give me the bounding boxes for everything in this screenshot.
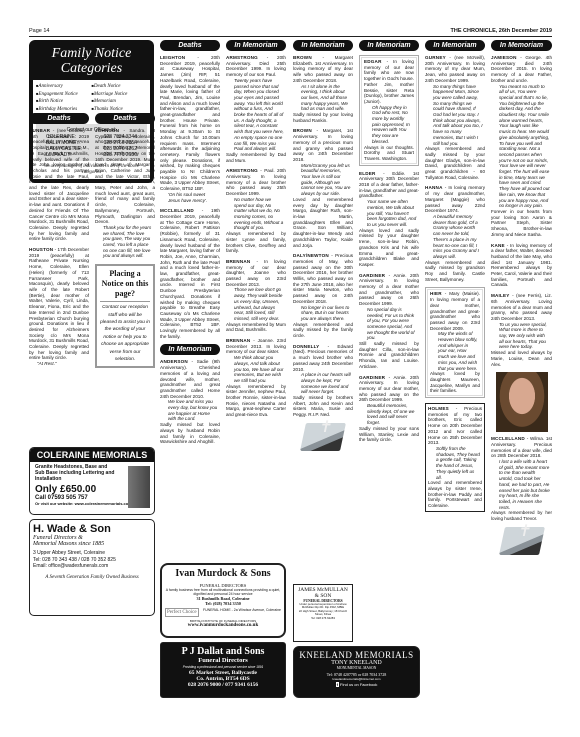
section-header: In Memoriam [293,40,353,51]
column-8: In Memoriam JAMIESON - George. 4th Anniv… [491,40,552,559]
bible-icon [499,527,545,555]
notice-holmes: HOLMES - Precious memories of my two bro… [425,403,485,512]
bible-icon [300,423,346,451]
category-item: Memoriam [92,98,148,106]
dallat-ad: P J Dallat and Sons Funeral Directors Pr… [160,642,286,698]
page-header: Page 14 THE CHRONICLE, 26th December 201… [29,28,552,37]
murdock-ad: Ivan Murdock & Sons FUNERAL DIRECTORS A … [160,563,286,638]
notice-edgar: EDGAR - In loving memory of our dear fam… [359,55,419,166]
notice-brown-2: BROWN - Margaret, 1st Anniversary. In lo… [293,128,353,248]
coleraine-memorials-ad: COLERAINE MEMORIALS Granite Headstones, … [29,447,155,515]
column-5: In Memoriam BROWN - Margaret Elizabeth. … [293,40,353,455]
notice-daly-newton: DALY/NEWTON - Precious memories of May, … [293,253,353,339]
column-3: Deaths LEIGHTON - 20th December 2019, pe… [160,40,220,450]
notice-mcclelland-death: MCCLELLAND - 19th December 2019, peacefu… [160,208,220,339]
headstone-image [128,466,150,508]
notice-houston: HOUSTON - 17th December 2019 (peacefully… [29,247,89,367]
facebook-link[interactable]: f Find us on Facebook [297,682,416,687]
category-item: Anniversary [36,83,92,91]
notice-leighton: LEIGHTON - 20th December 2019, peacefull… [160,55,220,203]
notice-armstrong-1: ARMSTRONG - 20th Anniversary. Died 25th … [226,55,286,163]
notice-gardiner-2: GARDINER - Annie. 20th Anniversary. In l… [359,375,419,443]
notice-donnelly: DONNELLY - Edward (Ned). Precious memori… [293,344,353,418]
section-header: Deaths [95,113,155,124]
column-6: In Memoriam EDGAR - In loving memory of … [359,40,419,448]
column-4: In Memoriam ARMSTRONG - 20th Anniversary… [226,40,286,423]
notice-elder: ELDER - Eddie. 1st Anniversary 30th Dece… [359,171,419,268]
notice-brennan-1: BRENNAN - In loving memory of our dear d… [226,259,286,333]
notice-jamieson: JAMIESON - George. 4th Anniversary died … [491,55,552,238]
deaths-column-1: Deaths DUNBAR - (nee Dobbin) - 15th Dece… [29,113,89,372]
category-item: Engagement Notice [36,91,92,99]
wade-email-link[interactable]: Email: office@wadesfunerals.com [33,563,151,570]
placing-notice-box: Placing a Notice on this page? Contact o… [95,264,155,368]
page-number: Page 14 [29,28,50,34]
notice-mailey: MAILEY - (nee Ferris), Liz. 6th Annivers… [491,293,552,367]
facebook-icon: f [336,682,339,687]
section-header: In Memoriam [491,40,552,51]
kneeland-ad: KNEELAND MEMORIALS TONY KNEELAND MONUMEN… [293,646,420,698]
notice-armstrong-2: ARMSTRONG - Paul. 20th Anniversary. In l… [226,168,286,254]
notice-hier: HIER - Mary (Maisie). In loving memory o… [425,287,485,398]
notice-gurney: GURNEY - (nee McNeill), 20th Anniversary… [425,55,485,180]
category-item: Marriage Notice [92,91,148,99]
murdock-website-link[interactable]: www.ivanmurdockandsons.co.uk [165,623,281,628]
notice-mcclelland-memoriam: MCCLELLAND - Wilma. 1st Anniversary. Pre… [491,436,552,522]
section-header: In Memoriam [226,40,286,51]
section-header: In Memoriam [425,40,485,51]
notice-hanna: HANNA - In loving memory of my dear gran… [425,185,485,282]
kneeland-email-link[interactable]: kneelandmemorials@btinternet.com [297,677,416,681]
category-item: Death Notice [92,83,148,91]
notice-gardiner-1: GARDINER - Annie. 20th Anniversary. In l… [359,273,419,370]
portrait-photo [496,372,548,432]
category-item: Birth Notice [36,98,92,106]
notice-brown-1: BROWN - Margaret Elizabeth. 1st Annivers… [293,55,353,123]
notice-kane: KANE - In loving memory of a dear father… [491,243,552,289]
notice-anderson: ANDERSON - Sadie (9th Anniversary). Cher… [160,359,220,445]
wade-ad: H. Wade & Son Funeral Directors & Memori… [29,519,155,616]
publication-date: THE CHRONICLE, 26th December 2019 [451,28,552,34]
notice-brennan-2: BRENNAN - Joanne. 23rd December 2013. In… [226,338,286,418]
section-header: In Memoriam [359,40,419,51]
section-header: Deaths [160,40,220,51]
section-header: In Memoriam [160,344,220,355]
newspaper-page: Page 14 THE CHRONICLE, 26th December 201… [29,28,552,698]
deaths-column-2: Deaths JOHNSON - Sandra. 28 Cypress Driv… [95,113,155,368]
notice-johnson: JOHNSON - Sandra. 28 Cypress Drive, Cole… [95,128,155,259]
mcmullan-ad: JAMES McMULLAN & SON FUNERAL DIRECTORS U… [293,584,353,642]
notice-dunbar: DUNBAR - (nee Dobbin) - 15th December 20… [29,128,89,242]
section-header: Deaths [29,113,89,124]
categories-title: Family Notice Categories [33,44,150,80]
column-7: In Memoriam GURNEY - (nee McNeill), 20th… [425,40,485,517]
